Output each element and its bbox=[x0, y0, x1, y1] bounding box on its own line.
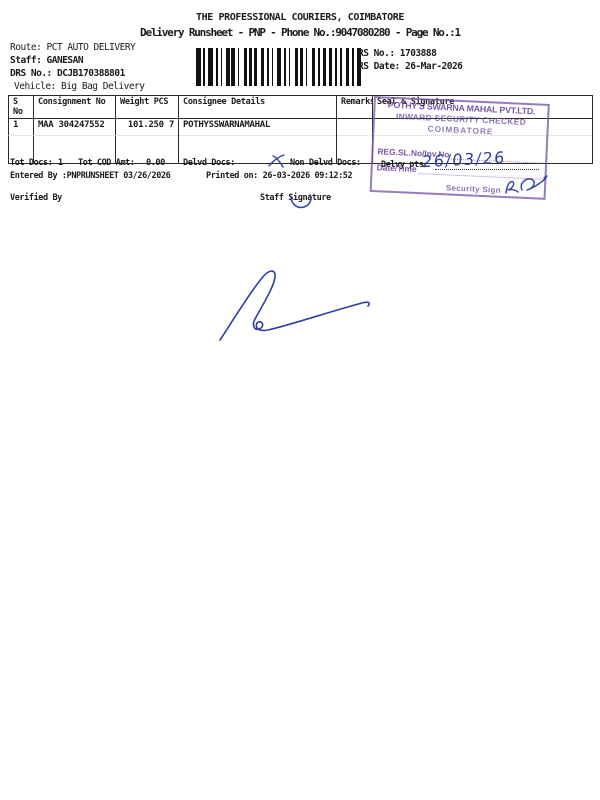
route-line: Route: PCT AUTO DELIVERY bbox=[10, 42, 135, 53]
cell-sno: 1 bbox=[9, 119, 34, 164]
tot-cod-label: Tot COD Amt: bbox=[78, 158, 135, 168]
col-consignment-no: Consignment No bbox=[34, 96, 116, 119]
col-sno: S No bbox=[9, 96, 34, 119]
col-remarks: Remarks bbox=[337, 96, 373, 119]
col-weight-pcs: Weight PCS bbox=[116, 96, 179, 119]
runsheet-document: THE PROFESSIONAL COURIERS, COIMBATORE De… bbox=[0, 0, 600, 800]
printed-on-line: Printed on: 26-03-2026 09:12:52 bbox=[206, 171, 352, 181]
center-signature bbox=[212, 264, 377, 346]
staff-line: Staff: GANESAN bbox=[10, 55, 83, 66]
document-title: THE PROFESSIONAL COURIERS, COIMBATORE bbox=[0, 12, 600, 23]
delvd-docs-handwritten-mark bbox=[267, 154, 289, 168]
rs-no-line: RS No.: 1703888 bbox=[358, 48, 436, 59]
non-delvd-docs-label: Non Delvd Docs: bbox=[290, 158, 361, 168]
drs-no-line: DRS No.: DCJB170388801 bbox=[10, 68, 125, 79]
barcode bbox=[196, 48, 361, 86]
col-consignee-details: Consignee Details bbox=[179, 96, 337, 119]
vehicle-line: Vehicle: Big Bag Delivery bbox=[14, 81, 145, 92]
document-subtitle: Delivery Runsheet - PNP - Phone No.:9047… bbox=[0, 26, 600, 39]
delvd-docs-label: Delvd Docs: bbox=[183, 158, 235, 168]
cell-remarks bbox=[337, 119, 373, 164]
entered-by-line: Entered By :PNPRUNSHEET 03/26/2026 bbox=[10, 171, 170, 181]
rs-date-line: RS Date: 26-Mar-2026 bbox=[358, 61, 462, 72]
security-sign-handwriting bbox=[503, 175, 549, 198]
stamp-security-sign-label: Security Sign bbox=[446, 183, 501, 194]
stamp-date-label: Date/Time bbox=[377, 162, 417, 174]
tot-cod-value: 0.00 bbox=[146, 158, 165, 168]
cell-consignee-details: POTHYSSWARNAMAHAL bbox=[179, 119, 337, 164]
cell-consignment-no: MAA 304247552 bbox=[34, 119, 116, 164]
verified-by-label: Verified By bbox=[10, 193, 62, 203]
tot-docs-value: 1 bbox=[58, 158, 63, 168]
staff-signature-mark bbox=[289, 194, 315, 210]
cell-weight-pcs: 101.250 7 bbox=[116, 119, 179, 164]
tot-docs-label: Tot Docs: bbox=[10, 158, 52, 168]
